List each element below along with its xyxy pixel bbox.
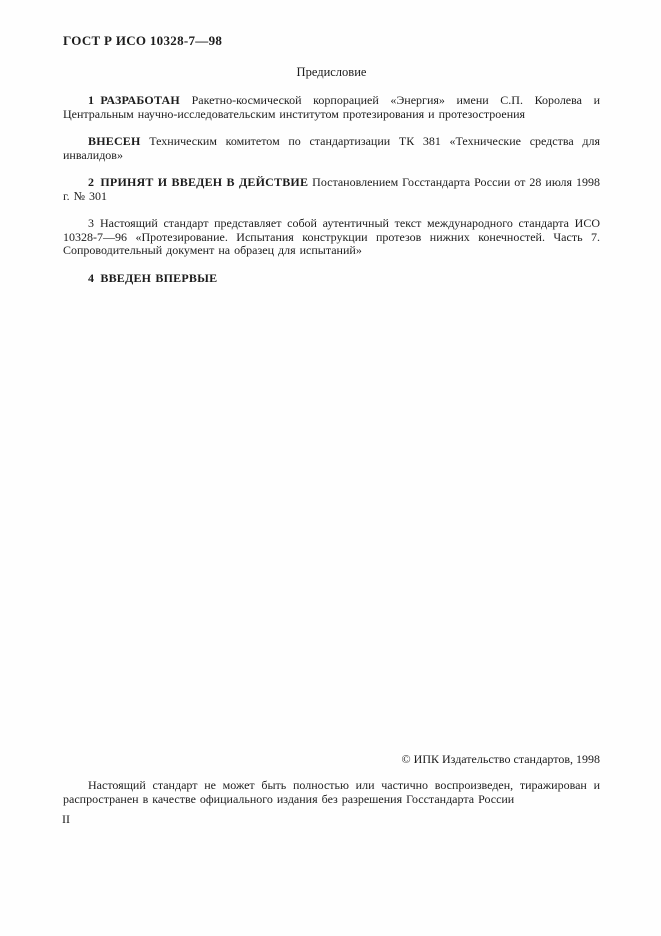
page-number: II xyxy=(62,812,70,827)
foreword-item: ВНЕСЕН Техническим комитетом по стандарт… xyxy=(63,135,600,162)
foreword-list: 1 РАЗРАБОТАН Ракетно-космической корпора… xyxy=(63,94,600,285)
section-title: Предисловие xyxy=(63,65,600,80)
document-page: ГОСТ Р ИСО 10328-7—98 Предисловие 1 РАЗР… xyxy=(0,0,661,936)
foreword-item: 1 РАЗРАБОТАН Ракетно-космической корпора… xyxy=(63,94,600,121)
foreword-item: 2 ПРИНЯТ И ВВЕДЕН В ДЕЙСТВИЕ Постановлен… xyxy=(63,176,600,203)
standard-designation: ГОСТ Р ИСО 10328-7—98 xyxy=(63,33,600,49)
foreword-item-keyword: 1 РАЗРАБОТАН xyxy=(88,93,180,107)
foreword-item: 4 ВВЕДЕН ВПЕРВЫЕ xyxy=(63,272,600,286)
foreword-item: 3 Настоящий стандарт представляет собой … xyxy=(63,217,600,258)
foreword-item-keyword: 4 ВВЕДЕН ВПЕРВЫЕ xyxy=(88,271,217,285)
copyright-notice: © ИПК Издательство стандартов, 1998 xyxy=(402,752,600,767)
foreword-item-keyword: ВНЕСЕН xyxy=(88,134,141,148)
foreword-item-keyword: 2 ПРИНЯТ И ВВЕДЕН В ДЕЙСТВИЕ xyxy=(88,175,308,189)
reproduction-restriction: Настоящий стандарт не может быть полност… xyxy=(63,779,600,806)
